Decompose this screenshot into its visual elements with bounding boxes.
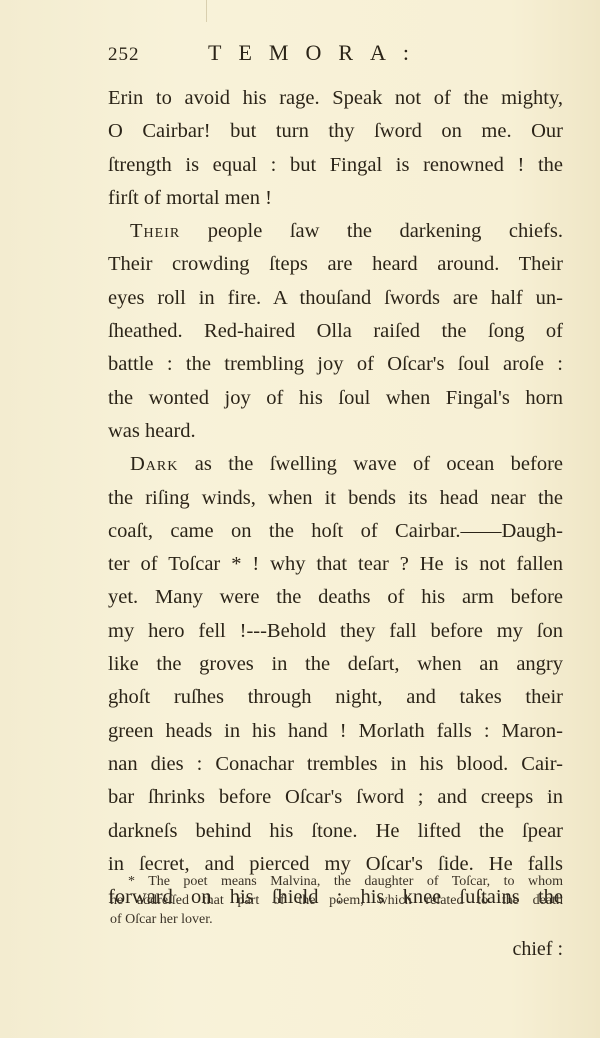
footnote-line: he addreſſed that part of the poem, whic… [110,891,563,910]
small-caps-word: Their [130,220,180,242]
text-line-rest: people ſaw the darkening chiefs. [208,220,563,242]
page-number: 252 [108,44,140,66]
text-line: the wonted joy of his ſoul when Fingal's… [108,382,563,415]
text-line: battle : the trembling joy of Oſcar's ſo… [108,348,563,381]
text-line: O Cairbar! but turn thy ſword on me. Our [108,115,563,148]
body-text: Erin to avoid his rage. Speak not of the… [108,82,563,914]
text-line: coaſt, came on the hoſt of Cairbar.——Dau… [108,515,563,548]
text-line: darkneſs behind his ſtone. He lifted the… [108,815,563,848]
text-line: ter of Toſcar * ! why that tear ? He is … [108,548,563,581]
book-page: 252 TEMORA: Erin to avoid his rage. Spea… [0,0,600,1038]
footnote-line: of Oſcar her lover. [110,910,563,929]
text-line: bar ſhrinks before Oſcar's ſword ; and c… [108,781,563,814]
text-line-rest: as the ſwelling wave of ocean before [195,453,563,475]
text-line: was heard. [108,415,563,448]
text-line: the riſing winds, when it bends its head… [108,482,563,515]
page-header: 252 TEMORA: [108,40,568,70]
text-line: ghoſt ruſhes through night, and takes th… [108,681,563,714]
catchword: chief : [512,938,563,961]
footnote: * The poet means Malvina, the daughter o… [110,872,563,929]
text-line: eyes roll in fire. A thouſand ſwords are… [108,282,563,315]
small-caps-word: Dark [130,453,178,475]
text-line: ſtrength is equal : but Fingal is renown… [108,149,563,182]
text-line: like the groves in the deſart, when an a… [108,648,563,681]
paper-mark [206,0,207,22]
text-line: nan dies : Conachar trembles in his bloo… [108,748,563,781]
text-line: firſt of mortal men ! [108,182,563,215]
text-line: green heads in his hand ! Morlath falls … [108,715,563,748]
text-line: ſheathed. Red-haired Olla raiſed the ſon… [108,315,563,348]
paragraph-start-line: Dark as the ſwelling wave of ocean befor… [108,448,563,481]
footnote-line: * The poet means Malvina, the daughter o… [110,872,563,891]
text-line: yet. Many were the deaths of his arm bef… [108,581,563,614]
paragraph-start-line: Their people ſaw the darkening chiefs. [108,215,563,248]
text-line: Their crowding ſteps are heard around. T… [108,248,563,281]
text-line: Erin to avoid his rage. Speak not of the… [108,82,563,115]
text-line: my hero fell !---Behold they fall before… [108,615,563,648]
running-title: TEMORA: [208,40,426,66]
